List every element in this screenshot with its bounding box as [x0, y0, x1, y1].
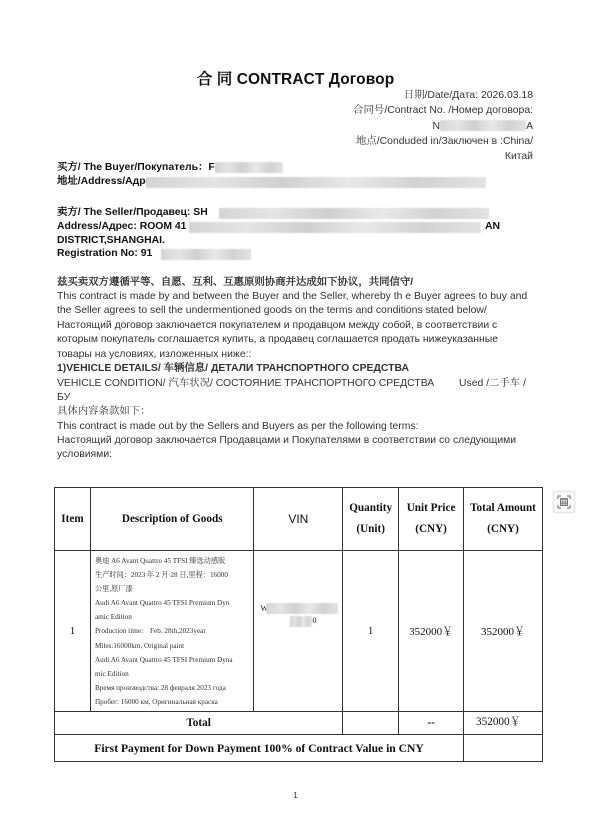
intro-en: This contract is made by and between the…: [57, 290, 537, 319]
buyer-line: 买方/ The Buyer/Покупатель：F: [57, 161, 283, 175]
contract-page: 合 同 CONTRACT Договор 日期/Date/Дата: 2026.…: [0, 0, 591, 830]
terms-cn: 具体内容条款如下：: [57, 405, 537, 419]
payment-label: First Payment for Down Payment 100% of C…: [55, 735, 464, 762]
desc-line: Miles:16000km, Original paint: [95, 639, 251, 653]
seller-value: SH: [193, 207, 207, 218]
payment-row: First Payment for Down Payment 100% of C…: [55, 735, 543, 762]
row-total-amount: 352000￥: [464, 551, 543, 712]
date-line: 日期/Date/Дата: 2026.03.18: [353, 88, 533, 103]
row-quantity: 1: [343, 551, 399, 712]
redacted-seller: [219, 208, 489, 219]
table-row: 1 奥迪 A6 Avant Quattro 45 TFSI 臻选动感版 生产时间…: [55, 551, 543, 712]
desc-line: 奥迪 A6 Avant Quattro 45 TFSI 臻选动感版: [95, 554, 251, 568]
header-quantity: Quantity (Unit): [343, 488, 399, 551]
condition-line: VEHICLE CONDITION/ 汽车状况/ СОСТОЯНИЕ ТРАНС…: [57, 377, 537, 391]
total-row: Total -- 352000￥: [55, 712, 543, 735]
desc-line: Audi A6 Avant Quattro 45 TFSI Premium Dy…: [95, 653, 251, 667]
goods-table: Item Description of Goods VIN Quantity (…: [54, 487, 543, 762]
buyer-section: 买方/ The Buyer/Покупатель：F 地址/Address/Ад…: [57, 161, 283, 189]
redacted-vin-2: [290, 616, 312, 627]
page-number: 1: [0, 791, 591, 800]
seller-section: 卖方/ The Seller/Продавец: SH Address/Адре…: [57, 206, 547, 261]
seller-address-end: AN: [485, 220, 500, 234]
row-unit-price: 352000￥: [399, 551, 464, 712]
payment-value: [464, 735, 543, 762]
buyer-address-line: 地址/Address/Адрес:: [57, 175, 283, 189]
redacted-contract-no: [440, 120, 526, 131]
header-unit-price: Unit Price (CNY): [399, 488, 464, 551]
seller-address-start: ROOM 41: [140, 221, 187, 232]
place-line-2: Китай: [353, 149, 533, 164]
header-description: Description of Goods: [90, 488, 254, 551]
row-vin: W 0: [254, 551, 343, 712]
row-item: 1: [55, 551, 91, 712]
terms-en: This contract is made out by the Sellers…: [57, 420, 537, 434]
contract-no-label: 合同号/Contract No. /Номер договора:: [353, 103, 533, 118]
table-tool-button[interactable]: [553, 491, 575, 513]
seller-address-line2: DISTRICT,SHANGHAI.: [57, 234, 547, 248]
seller-label: 卖方/ The Seller/Продавец:: [57, 207, 193, 218]
vin-end: 0: [312, 616, 316, 625]
header-total-amount: Total Amount (CNY): [464, 488, 543, 551]
desc-line: Время производства: 28 февраля 2023 года: [95, 681, 251, 695]
redacted-seller-address: [189, 222, 481, 233]
contract-no-value: NA: [353, 119, 533, 134]
redacted-vin: [266, 603, 338, 614]
desc-line: amic Edition: [95, 610, 251, 624]
desc-line: Production time： Feb. 28th,2023year: [95, 624, 251, 638]
buyer-label: 买方/ The Buyer/Покупатель：: [57, 162, 208, 173]
intro-ru: Настоящий договор заключается покупателе…: [57, 319, 535, 362]
redacted-registration: [161, 249, 251, 260]
seller-address-line: Address/Адрес: ROOM 41AN: [57, 220, 547, 234]
desc-line: 公里,原厂漆: [95, 582, 251, 596]
contract-no-prefix: N: [433, 121, 441, 132]
registration-line: Registration No: 91: [57, 247, 547, 261]
intro-cn: 兹买卖双方遵循平等、自愿、互利、互惠原则协商并达成如下协议，共同信守/: [57, 276, 537, 290]
seller-line: 卖方/ The Seller/Продавец: SH: [57, 206, 547, 220]
table-header-row: Item Description of Goods VIN Quantity (…: [55, 488, 543, 551]
desc-line: mic Edition: [95, 667, 251, 681]
condition-value-2: БУ: [57, 391, 537, 405]
contract-meta: 日期/Date/Дата: 2026.03.18 合同号/Contract No…: [353, 88, 533, 164]
seller-address-label: Address/Адрес:: [57, 221, 140, 232]
header-item: Item: [55, 488, 91, 551]
total-label: Total: [55, 712, 343, 735]
total-quantity: [343, 712, 399, 735]
registration-value: 91: [141, 248, 153, 259]
total-unit-price: --: [399, 712, 464, 735]
total-amount: 352000￥: [464, 712, 543, 735]
redacted-buyer: [215, 162, 283, 173]
desc-line: Пробег: 16000 км, Оригинальная краска: [95, 695, 251, 709]
buyer-address-label: 地址/Address/Адрес:: [57, 176, 160, 187]
place-line: 地点/Conduded in/Заключен в :China/: [353, 134, 533, 149]
terms-ru: Настоящий договор заключается Продавцами…: [57, 434, 531, 463]
header-vin: VIN: [254, 488, 343, 551]
desc-line: Audi A6 Avant Quattro 45 TFSI Premium Dy…: [95, 596, 251, 610]
condition-value: Used /二手车 /: [459, 377, 526, 391]
registration-label: Registration No:: [57, 248, 141, 259]
contract-no-suffix: A: [526, 121, 533, 132]
condition-label: VEHICLE CONDITION/ 汽车状况/ СОСТОЯНИЕ ТРАНС…: [57, 378, 434, 389]
redacted-buyer-address: [146, 177, 486, 188]
row-description: 奥迪 A6 Avant Quattro 45 TFSI 臻选动感版 生产时间：2…: [90, 551, 254, 712]
page-title: 合 同 CONTRACT Договор: [0, 67, 591, 89]
table-grid-icon: [557, 495, 571, 509]
desc-line: 生产时间：2023 年 2 月 28 日,里程：16000: [95, 568, 251, 582]
section1-heading: 1)VEHICLE DETAILS/ 车辆信息/ ДЕТАЛИ ТРАНСПОР…: [57, 362, 537, 376]
